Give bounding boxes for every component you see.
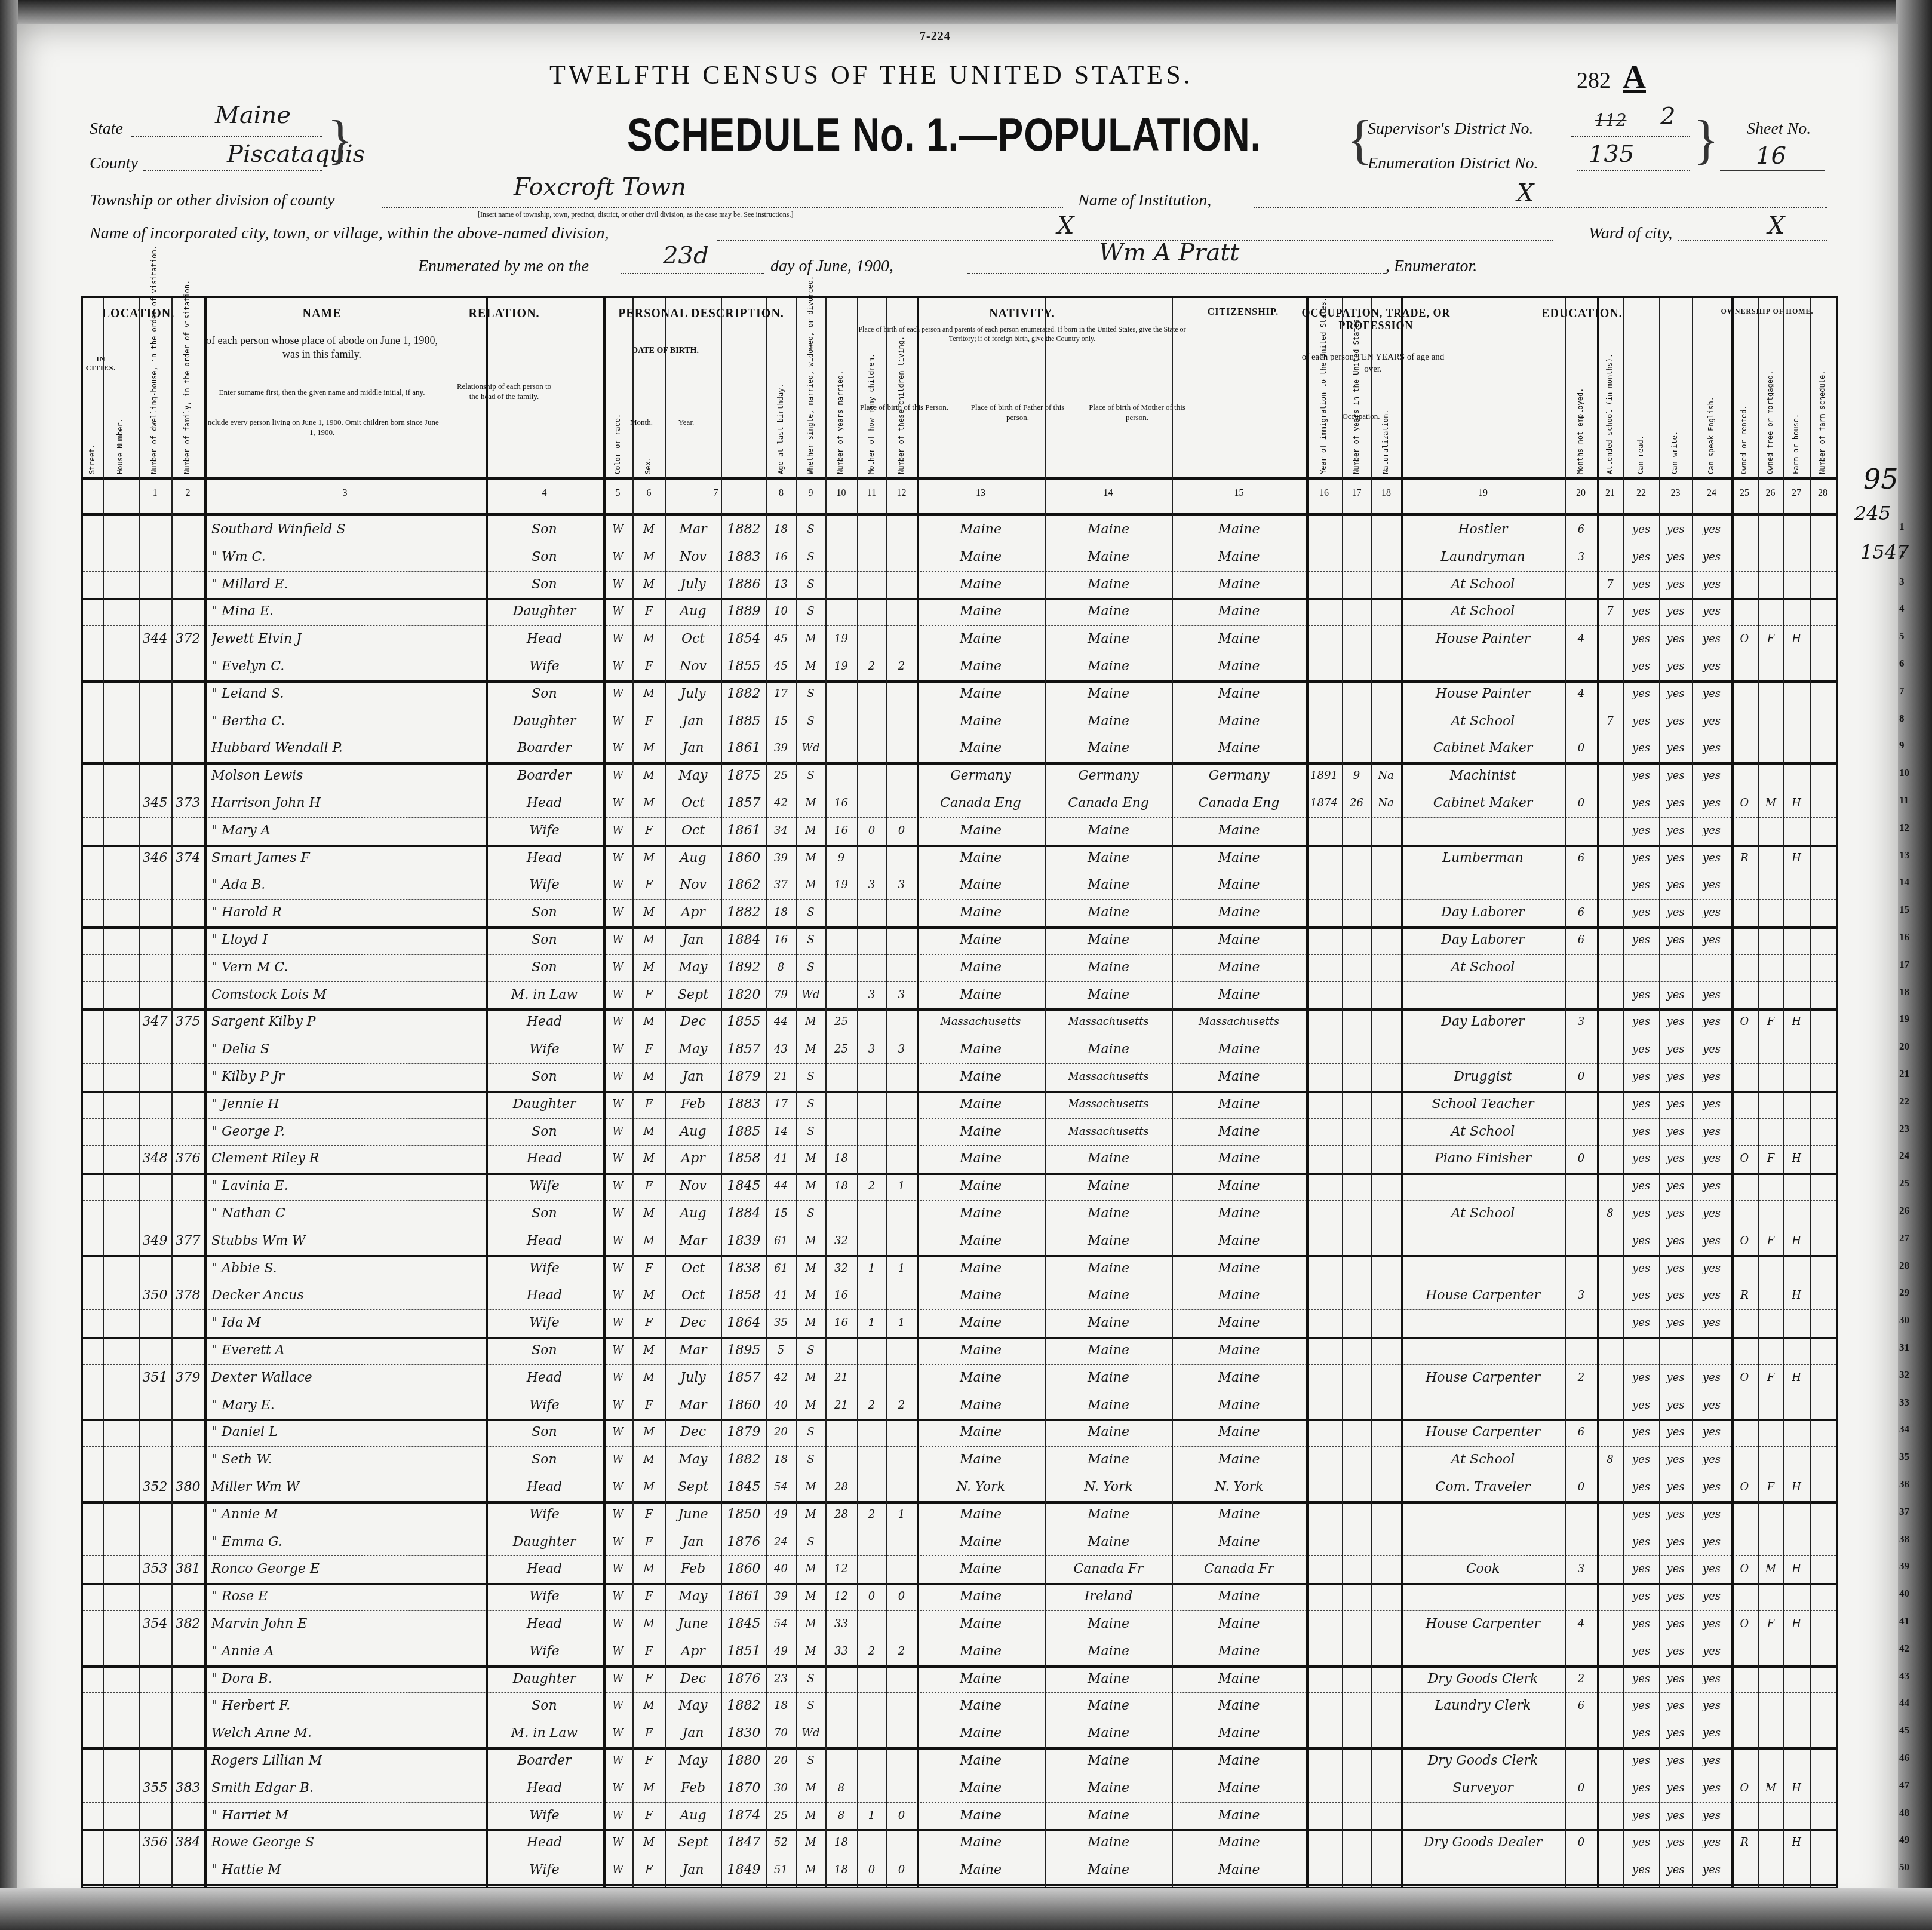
cell-write: yes xyxy=(1659,1529,1692,1556)
cell-ym xyxy=(825,1091,857,1118)
cell-imm xyxy=(1306,1173,1342,1200)
cell-yrs xyxy=(1342,1364,1371,1392)
cell-liv: 0 xyxy=(886,1583,917,1610)
column-divider xyxy=(1623,298,1624,1887)
cell-rel: Son xyxy=(486,1063,603,1091)
table-row: " Jennie HDaughterWFFeb188317SMaineMassa… xyxy=(83,1091,1836,1119)
cell-mar: S xyxy=(796,708,825,735)
cell-rel: Wife xyxy=(486,817,603,845)
cell-month: Jan xyxy=(665,708,721,735)
cell-free xyxy=(1758,817,1784,845)
cell-speak: yes xyxy=(1692,1392,1731,1419)
cell-month: May xyxy=(665,1583,721,1610)
cell-ym: 12 xyxy=(825,1583,857,1610)
institution-label: Name of Institution, xyxy=(1078,191,1211,210)
cell-name: Dexter Wallace xyxy=(211,1364,493,1392)
cell-bp: Maine xyxy=(917,899,1045,926)
cell-own xyxy=(1731,571,1758,599)
cell-sex: F xyxy=(632,1501,665,1529)
cell-year: 1830 xyxy=(721,1720,767,1747)
table-row: 349377Stubbs Wm WHeadWMMar183961M32Maine… xyxy=(83,1228,1836,1257)
cell-bp: Maine xyxy=(917,1692,1045,1720)
cell-nat xyxy=(1371,516,1400,544)
cell-month: Nov xyxy=(665,653,721,680)
cell-fam xyxy=(171,1392,204,1419)
cell-ym: 18 xyxy=(825,1145,857,1173)
cell-imm xyxy=(1306,1337,1342,1364)
cell-mar: S xyxy=(796,1529,825,1556)
header-immigration: Year of immigration to the United States… xyxy=(1319,355,1328,474)
cell-nat: Na xyxy=(1371,790,1400,817)
cell-fam xyxy=(171,954,204,981)
cell-mar: S xyxy=(796,1692,825,1720)
cell-sch xyxy=(1597,1775,1623,1802)
cell-imm xyxy=(1306,1474,1342,1501)
line-number: 20 xyxy=(1899,1041,1909,1053)
cell-fam xyxy=(171,1802,204,1830)
cell-liv xyxy=(886,845,917,872)
cell-dw xyxy=(139,1255,171,1282)
cell-occ xyxy=(1401,1857,1565,1884)
cell-imm xyxy=(1306,1228,1342,1255)
cell-fam xyxy=(171,516,204,544)
cell-month: Jan xyxy=(665,1529,721,1556)
column-divider xyxy=(1172,298,1173,1887)
cell-imm xyxy=(1306,1419,1342,1446)
cell-occ: House Carpenter xyxy=(1401,1610,1565,1638)
cell-sex: F xyxy=(632,872,665,899)
cell-write: yes xyxy=(1659,1282,1692,1309)
cell-liv: 2 xyxy=(886,653,917,680)
cell-bf: Massachusetts xyxy=(1045,1008,1172,1036)
cell-ym: 19 xyxy=(825,653,857,680)
cell-sch xyxy=(1597,845,1623,872)
cell-farm xyxy=(1783,1200,1810,1228)
cell-fsched xyxy=(1810,735,1836,762)
table-row: Southard Winfield SSonWMMar188218SMaineM… xyxy=(83,516,1836,544)
cell-yrs xyxy=(1342,625,1371,653)
table-row: " Nathan CSonWMAug188415SMaineMaineMaine… xyxy=(83,1200,1836,1228)
cell-occ xyxy=(1401,1529,1565,1556)
cell-mar: M xyxy=(796,1364,825,1392)
cell-dw: 349 xyxy=(139,1228,171,1255)
cell-dw: 345 xyxy=(139,790,171,817)
cell-bf: Maine xyxy=(1045,1829,1172,1857)
cell-farm xyxy=(1783,1802,1810,1830)
cell-occ xyxy=(1401,981,1565,1009)
cell-nat xyxy=(1371,981,1400,1009)
cell-read: yes xyxy=(1623,981,1659,1009)
cell-write: yes xyxy=(1659,1063,1692,1091)
cell-nat xyxy=(1371,1747,1400,1775)
cell-moth xyxy=(857,899,886,926)
cell-mar: S xyxy=(796,1118,825,1146)
header-year: Year. xyxy=(665,418,707,428)
cell-free xyxy=(1758,1665,1784,1693)
cell-year: 1885 xyxy=(721,708,767,735)
cell-color: W xyxy=(603,1091,632,1118)
cell-rel: Boarder xyxy=(486,1747,603,1775)
cell-bm: Maine xyxy=(1172,954,1306,981)
line-number: 1 xyxy=(1899,521,1905,533)
cell-read: yes xyxy=(1623,1063,1659,1091)
cell-rel: Son xyxy=(486,516,603,544)
cell-moth: 3 xyxy=(857,872,886,899)
cell-color: W xyxy=(603,571,632,599)
cell-occ: Lumberman xyxy=(1401,845,1565,872)
cell-bf: Massachusetts xyxy=(1045,1118,1172,1146)
line-number: 11 xyxy=(1899,794,1909,806)
cell-age: 16 xyxy=(766,544,795,571)
cell-read: yes xyxy=(1623,1692,1659,1720)
cell-yrs xyxy=(1342,680,1371,708)
cell-free xyxy=(1758,1392,1784,1419)
cell-age: 45 xyxy=(766,653,795,680)
cell-imm xyxy=(1306,1555,1342,1583)
cell-yrs xyxy=(1342,1829,1371,1857)
cell-age: 15 xyxy=(766,1200,795,1228)
city-label: Name of incorporated city, town, or vill… xyxy=(90,224,609,243)
header-can-read: Can read. xyxy=(1636,355,1645,474)
cell-unemp xyxy=(1565,762,1598,790)
cell-year: 1885 xyxy=(721,1118,767,1146)
cell-moth xyxy=(857,1282,886,1309)
cell-age: 41 xyxy=(766,1282,795,1309)
cell-imm xyxy=(1306,1282,1342,1309)
cell-mar: M xyxy=(796,872,825,899)
cell-read: yes xyxy=(1623,598,1659,625)
cell-speak: yes xyxy=(1692,625,1731,653)
cell-name: " Daniel L xyxy=(211,1419,493,1446)
cell-sex: M xyxy=(632,1829,665,1857)
cell-moth xyxy=(857,1829,886,1857)
cell-nat xyxy=(1371,1364,1400,1392)
cell-farm: H xyxy=(1783,1282,1810,1309)
column-number: 5 xyxy=(603,488,632,499)
cell-fsched xyxy=(1810,1036,1836,1063)
cell-ym xyxy=(825,544,857,571)
cell-sch xyxy=(1597,1118,1623,1146)
cell-unemp xyxy=(1565,872,1598,899)
cell-liv xyxy=(886,680,917,708)
line-number: 49 xyxy=(1899,1834,1909,1846)
cell-unemp xyxy=(1565,1529,1598,1556)
township-line xyxy=(382,206,1063,208)
cell-dw xyxy=(139,981,171,1009)
cell-color: W xyxy=(603,544,632,571)
cell-age: 39 xyxy=(766,735,795,762)
cell-bp: Maine xyxy=(917,1829,1045,1857)
cell-bm: Maine xyxy=(1172,1583,1306,1610)
cell-read: yes xyxy=(1623,762,1659,790)
cell-yrs xyxy=(1342,981,1371,1009)
cell-imm xyxy=(1306,899,1342,926)
cell-liv xyxy=(886,625,917,653)
cell-write: yes xyxy=(1659,653,1692,680)
cell-dw xyxy=(139,1446,171,1474)
cell-bp: Maine xyxy=(917,571,1045,599)
cell-name: " Dora B. xyxy=(211,1665,493,1693)
table-row: " Emma G.DaughterWFJan187624SMaineMaineM… xyxy=(83,1529,1836,1557)
cell-free xyxy=(1758,1829,1784,1857)
page-stamp: 282A xyxy=(1577,59,1646,96)
cell-unemp xyxy=(1565,1747,1598,1775)
cell-year: 1861 xyxy=(721,1583,767,1610)
cell-farm xyxy=(1783,1501,1810,1529)
cell-nat xyxy=(1371,1474,1400,1501)
cell-imm xyxy=(1306,1118,1342,1146)
cell-nat xyxy=(1371,708,1400,735)
cell-rel: Head xyxy=(486,1008,603,1036)
table-row: Comstock Lois MM. in LawWFSept182079Wd33… xyxy=(83,981,1836,1011)
cell-read: yes xyxy=(1623,1638,1659,1665)
cell-fam: 377 xyxy=(171,1228,204,1255)
cell-rel: Wife xyxy=(486,1392,603,1419)
cell-fam: 373 xyxy=(171,790,204,817)
header-occupation: OCCUPATION, TRADE, OR PROFESSION xyxy=(1286,307,1466,332)
cell-write: yes xyxy=(1659,1775,1692,1802)
cell-speak: yes xyxy=(1692,1008,1731,1036)
cell-nat xyxy=(1371,1145,1400,1173)
cell-unemp: 4 xyxy=(1565,680,1598,708)
cell-fsched xyxy=(1810,872,1836,899)
cell-imm xyxy=(1306,571,1342,599)
cell-bm: Maine xyxy=(1172,625,1306,653)
cell-liv xyxy=(886,1692,917,1720)
enumerator-name: Wm A Pratt xyxy=(1099,239,1239,266)
line-number: 31 xyxy=(1899,1342,1909,1354)
cell-own xyxy=(1731,1747,1758,1775)
cell-liv xyxy=(886,1228,917,1255)
cell-unemp: 0 xyxy=(1565,790,1598,817)
cell-mar: S xyxy=(796,598,825,625)
table-row: " Herbert F.SonWMMay188218SMaineMaineMai… xyxy=(83,1692,1836,1720)
cell-mar: Wd xyxy=(796,981,825,1009)
header-street: Street. xyxy=(88,355,96,474)
scan-edge-bottom xyxy=(0,1888,1932,1930)
cell-age: 40 xyxy=(766,1392,795,1419)
header-relation: RELATION. xyxy=(450,307,558,321)
table-row: " Ida MWifeWFDec186435M1611MaineMaineMai… xyxy=(83,1309,1836,1339)
table-row: " Mary AWifeWFOct186134M1600MaineMaineMa… xyxy=(83,817,1836,847)
cell-fam xyxy=(171,926,204,954)
cell-fsched xyxy=(1810,1802,1836,1830)
cell-nat xyxy=(1371,544,1400,571)
cell-read xyxy=(1623,1337,1659,1364)
cell-nat xyxy=(1371,1692,1400,1720)
table-row: " Kilby P JrSonWMJan187921SMaineMassachu… xyxy=(83,1063,1836,1093)
cell-nat xyxy=(1371,598,1400,625)
cell-year: 1875 xyxy=(721,762,767,790)
cell-write: yes xyxy=(1659,845,1692,872)
cell-own xyxy=(1731,1583,1758,1610)
cell-speak: yes xyxy=(1692,1747,1731,1775)
cell-name: " Mary E. xyxy=(211,1392,493,1419)
cell-read: yes xyxy=(1623,926,1659,954)
cell-name: " Leland S. xyxy=(211,680,493,708)
cell-imm xyxy=(1306,1775,1342,1802)
cell-month: Jan xyxy=(665,926,721,954)
cell-own xyxy=(1731,1200,1758,1228)
cell-bp: Maine xyxy=(917,1337,1045,1364)
cell-yrs xyxy=(1342,1775,1371,1802)
cell-occ xyxy=(1401,1802,1565,1830)
cell-color: W xyxy=(603,1638,632,1665)
cell-name: Rowe George S xyxy=(211,1829,493,1857)
cell-rel: Wife xyxy=(486,1802,603,1830)
cell-moth xyxy=(857,790,886,817)
cell-yrs xyxy=(1342,1118,1371,1146)
cell-bf: Maine xyxy=(1045,625,1172,653)
cell-nat xyxy=(1371,1200,1400,1228)
cell-free xyxy=(1758,1036,1784,1063)
schedule-title: SCHEDULE No. 1.—POPULATION. xyxy=(627,108,1261,162)
cell-fam xyxy=(171,1583,204,1610)
cell-read: yes xyxy=(1623,625,1659,653)
cell-farm xyxy=(1783,1857,1810,1884)
cell-moth xyxy=(857,1008,886,1036)
cell-liv: 3 xyxy=(886,981,917,1009)
cell-imm xyxy=(1306,1857,1342,1884)
cell-unemp xyxy=(1565,1228,1598,1255)
cell-yrs xyxy=(1342,1638,1371,1665)
cell-unemp xyxy=(1565,1200,1598,1228)
cell-bp: Maine xyxy=(917,1118,1045,1146)
table-row: 352380Miller Wm WHeadWMSept184554M28N. Y… xyxy=(83,1474,1836,1504)
cell-dw: 356 xyxy=(139,1829,171,1857)
cell-imm: 1874 xyxy=(1306,790,1342,817)
cell-occ: At School xyxy=(1401,1446,1565,1474)
cell-name: " Mina E. xyxy=(211,598,493,625)
table-row: 350378Decker AncusHeadWMOct185841M16Main… xyxy=(83,1282,1836,1310)
cell-sex: F xyxy=(632,1665,665,1693)
cell-year: 1886 xyxy=(721,571,767,599)
cell-dw xyxy=(139,1583,171,1610)
cell-nat xyxy=(1371,1665,1400,1693)
cell-free xyxy=(1758,1692,1784,1720)
cell-month: Oct xyxy=(665,1282,721,1309)
cell-free xyxy=(1758,1802,1784,1830)
cell-speak: yes xyxy=(1692,1610,1731,1638)
cell-name: " Everett A xyxy=(211,1337,493,1364)
cell-sex: M xyxy=(632,544,665,571)
cell-occ xyxy=(1401,1036,1565,1063)
cell-month: Jan xyxy=(665,1063,721,1091)
column-number: 20 xyxy=(1565,488,1597,499)
cell-sch xyxy=(1597,680,1623,708)
cell-farm xyxy=(1783,1063,1810,1091)
cell-rel: Head xyxy=(486,1555,603,1583)
line-number: 23 xyxy=(1899,1123,1909,1135)
cell-ym: 21 xyxy=(825,1392,857,1419)
cell-sex: F xyxy=(632,1720,665,1747)
cell-dw: 344 xyxy=(139,625,171,653)
cell-liv: 1 xyxy=(886,1173,917,1200)
table-row: " Annie MWifeWFJune185049M2821MaineMaine… xyxy=(83,1501,1836,1529)
cell-write: yes xyxy=(1659,625,1692,653)
cell-name: Comstock Lois M xyxy=(211,981,493,1009)
cell-speak: yes xyxy=(1692,845,1731,872)
cell-yrs xyxy=(1342,1802,1371,1830)
cell-name: " Annie M xyxy=(211,1501,493,1529)
cell-fsched xyxy=(1810,1309,1836,1337)
state-label: State xyxy=(90,119,123,139)
cell-sex: M xyxy=(632,571,665,599)
cell-fsched xyxy=(1810,1692,1836,1720)
cell-nat xyxy=(1371,1309,1400,1337)
cell-fam xyxy=(171,598,204,625)
cell-write: yes xyxy=(1659,735,1692,762)
cell-farm xyxy=(1783,1692,1810,1720)
cell-moth xyxy=(857,1529,886,1556)
cell-ym: 25 xyxy=(825,1036,857,1063)
line-number: 38 xyxy=(1899,1533,1909,1545)
cell-year: 1854 xyxy=(721,625,767,653)
cell-fsched xyxy=(1810,1200,1836,1228)
cell-mar: M xyxy=(796,1228,825,1255)
cell-bf: Maine xyxy=(1045,1392,1172,1419)
cell-speak: yes xyxy=(1692,1091,1731,1118)
cell-yrs xyxy=(1342,1063,1371,1091)
cell-sch xyxy=(1597,1692,1623,1720)
cell-free xyxy=(1758,735,1784,762)
cell-mar: M xyxy=(796,1173,825,1200)
cell-speak: yes xyxy=(1692,1529,1731,1556)
cell-sch xyxy=(1597,1036,1623,1063)
cell-mar: Wd xyxy=(796,735,825,762)
cell-nat xyxy=(1371,571,1400,599)
cell-write: yes xyxy=(1659,1255,1692,1282)
cell-age: 44 xyxy=(766,1008,795,1036)
line-number: 19 xyxy=(1899,1013,1909,1025)
cell-age: 42 xyxy=(766,1364,795,1392)
cell-moth xyxy=(857,1091,886,1118)
cell-nat xyxy=(1371,817,1400,845)
cell-liv: 1 xyxy=(886,1501,917,1529)
county-line xyxy=(143,169,322,171)
cell-imm xyxy=(1306,1583,1342,1610)
cell-sch xyxy=(1597,790,1623,817)
cell-fsched xyxy=(1810,1474,1836,1501)
cell-free xyxy=(1758,708,1784,735)
cell-write: yes xyxy=(1659,1501,1692,1529)
cell-sex: F xyxy=(632,1583,665,1610)
cell-year: 1882 xyxy=(721,680,767,708)
cell-liv xyxy=(886,1200,917,1228)
cell-unemp: 0 xyxy=(1565,1145,1598,1173)
cell-bf: Maine xyxy=(1045,1364,1172,1392)
cell-yrs xyxy=(1342,1747,1371,1775)
cell-moth: 2 xyxy=(857,1501,886,1529)
cell-ym: 18 xyxy=(825,1173,857,1200)
header-birth-father: Place of birth of Father of this person. xyxy=(961,403,1074,423)
cell-nat xyxy=(1371,1173,1400,1200)
cell-bp: Maine xyxy=(917,1747,1045,1775)
cell-unemp xyxy=(1565,1173,1598,1200)
cell-farm xyxy=(1783,1091,1810,1118)
cell-sex: M xyxy=(632,790,665,817)
cell-ym: 8 xyxy=(825,1775,857,1802)
header-occupation-sub: Occupation. xyxy=(1286,412,1436,422)
cell-bm: Maine xyxy=(1172,1419,1306,1446)
header-personal: PERSONAL DESCRIPTION. xyxy=(558,307,844,321)
cell-speak: yes xyxy=(1692,1802,1731,1830)
cell-dw xyxy=(139,1747,171,1775)
cell-read: yes xyxy=(1623,1309,1659,1337)
cell-ym xyxy=(825,1063,857,1091)
cell-year: 1882 xyxy=(721,1446,767,1474)
cell-mar: S xyxy=(796,1665,825,1693)
